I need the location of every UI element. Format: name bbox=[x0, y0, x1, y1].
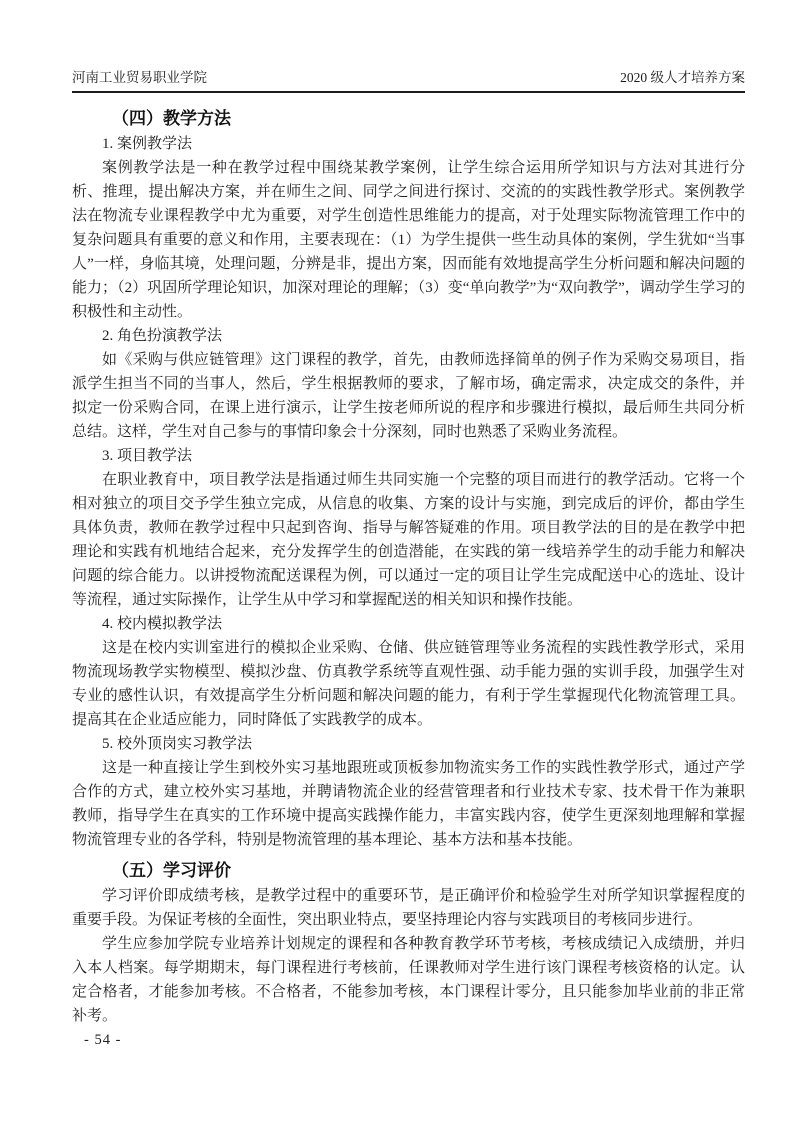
page-header: 河南工业贸易职业学院 2020 级人才培养方案 bbox=[72, 69, 745, 93]
paragraph-internship-method: 这是一种直接让学生到校外实习基地跟班或顶板参加物流实务工作的实践性教学形式，通过… bbox=[72, 756, 745, 852]
paragraph-roleplay-method: 如《采购与供应链管理》这门课程的教学，首先，由教师选择简单的例子作为采购交易项目… bbox=[72, 348, 745, 444]
subheading-simulation-method: 4. 校内模拟教学法 bbox=[72, 612, 745, 636]
paragraph-evaluation-rules: 学生应参加学院专业培养计划规定的课程和各种教育教学环节考核，考核成绩记入成绩册，… bbox=[72, 932, 745, 1028]
subheading-internship-method: 5. 校外顶岗实习教学法 bbox=[72, 732, 745, 756]
paragraph-simulation-method: 这是在校内实训室进行的模拟企业采购、仓储、供应链管理等业务流程的实践性教学形式，… bbox=[72, 636, 745, 732]
paragraph-evaluation-overview: 学习评价即成绩考核，是教学过程中的重要环节，是正确评价和检验学生对所学知识掌握程… bbox=[72, 884, 745, 932]
subheading-roleplay-method: 2. 角色扮演教学法 bbox=[72, 324, 745, 348]
paragraph-project-method: 在职业教育中，项目教学法是指通过师生共同实施一个完整的项目而进行的教学活动。它将… bbox=[72, 468, 745, 612]
document-page: 河南工业贸易职业学院 2020 级人才培养方案 （四）教学方法 1. 案例教学法… bbox=[0, 0, 793, 1122]
section-heading-teaching-methods: （四）教学方法 bbox=[72, 106, 745, 132]
subheading-project-method: 3. 项目教学法 bbox=[72, 444, 745, 468]
header-plan-title: 2020 级人才培养方案 bbox=[620, 69, 745, 87]
page-number: - 54 - bbox=[84, 1031, 121, 1049]
subheading-case-method: 1. 案例教学法 bbox=[72, 132, 745, 156]
paragraph-case-method: 案例教学法是一种在教学过程中围绕某教学案例，让学生综合运用所学知识与方法对其进行… bbox=[72, 156, 745, 324]
document-body: （四）教学方法 1. 案例教学法 案例教学法是一种在教学过程中围绕某教学案例，让… bbox=[72, 100, 745, 1028]
section-heading-learning-evaluation: （五）学习评价 bbox=[72, 858, 745, 884]
header-school-name: 河南工业贸易职业学院 bbox=[72, 69, 207, 87]
